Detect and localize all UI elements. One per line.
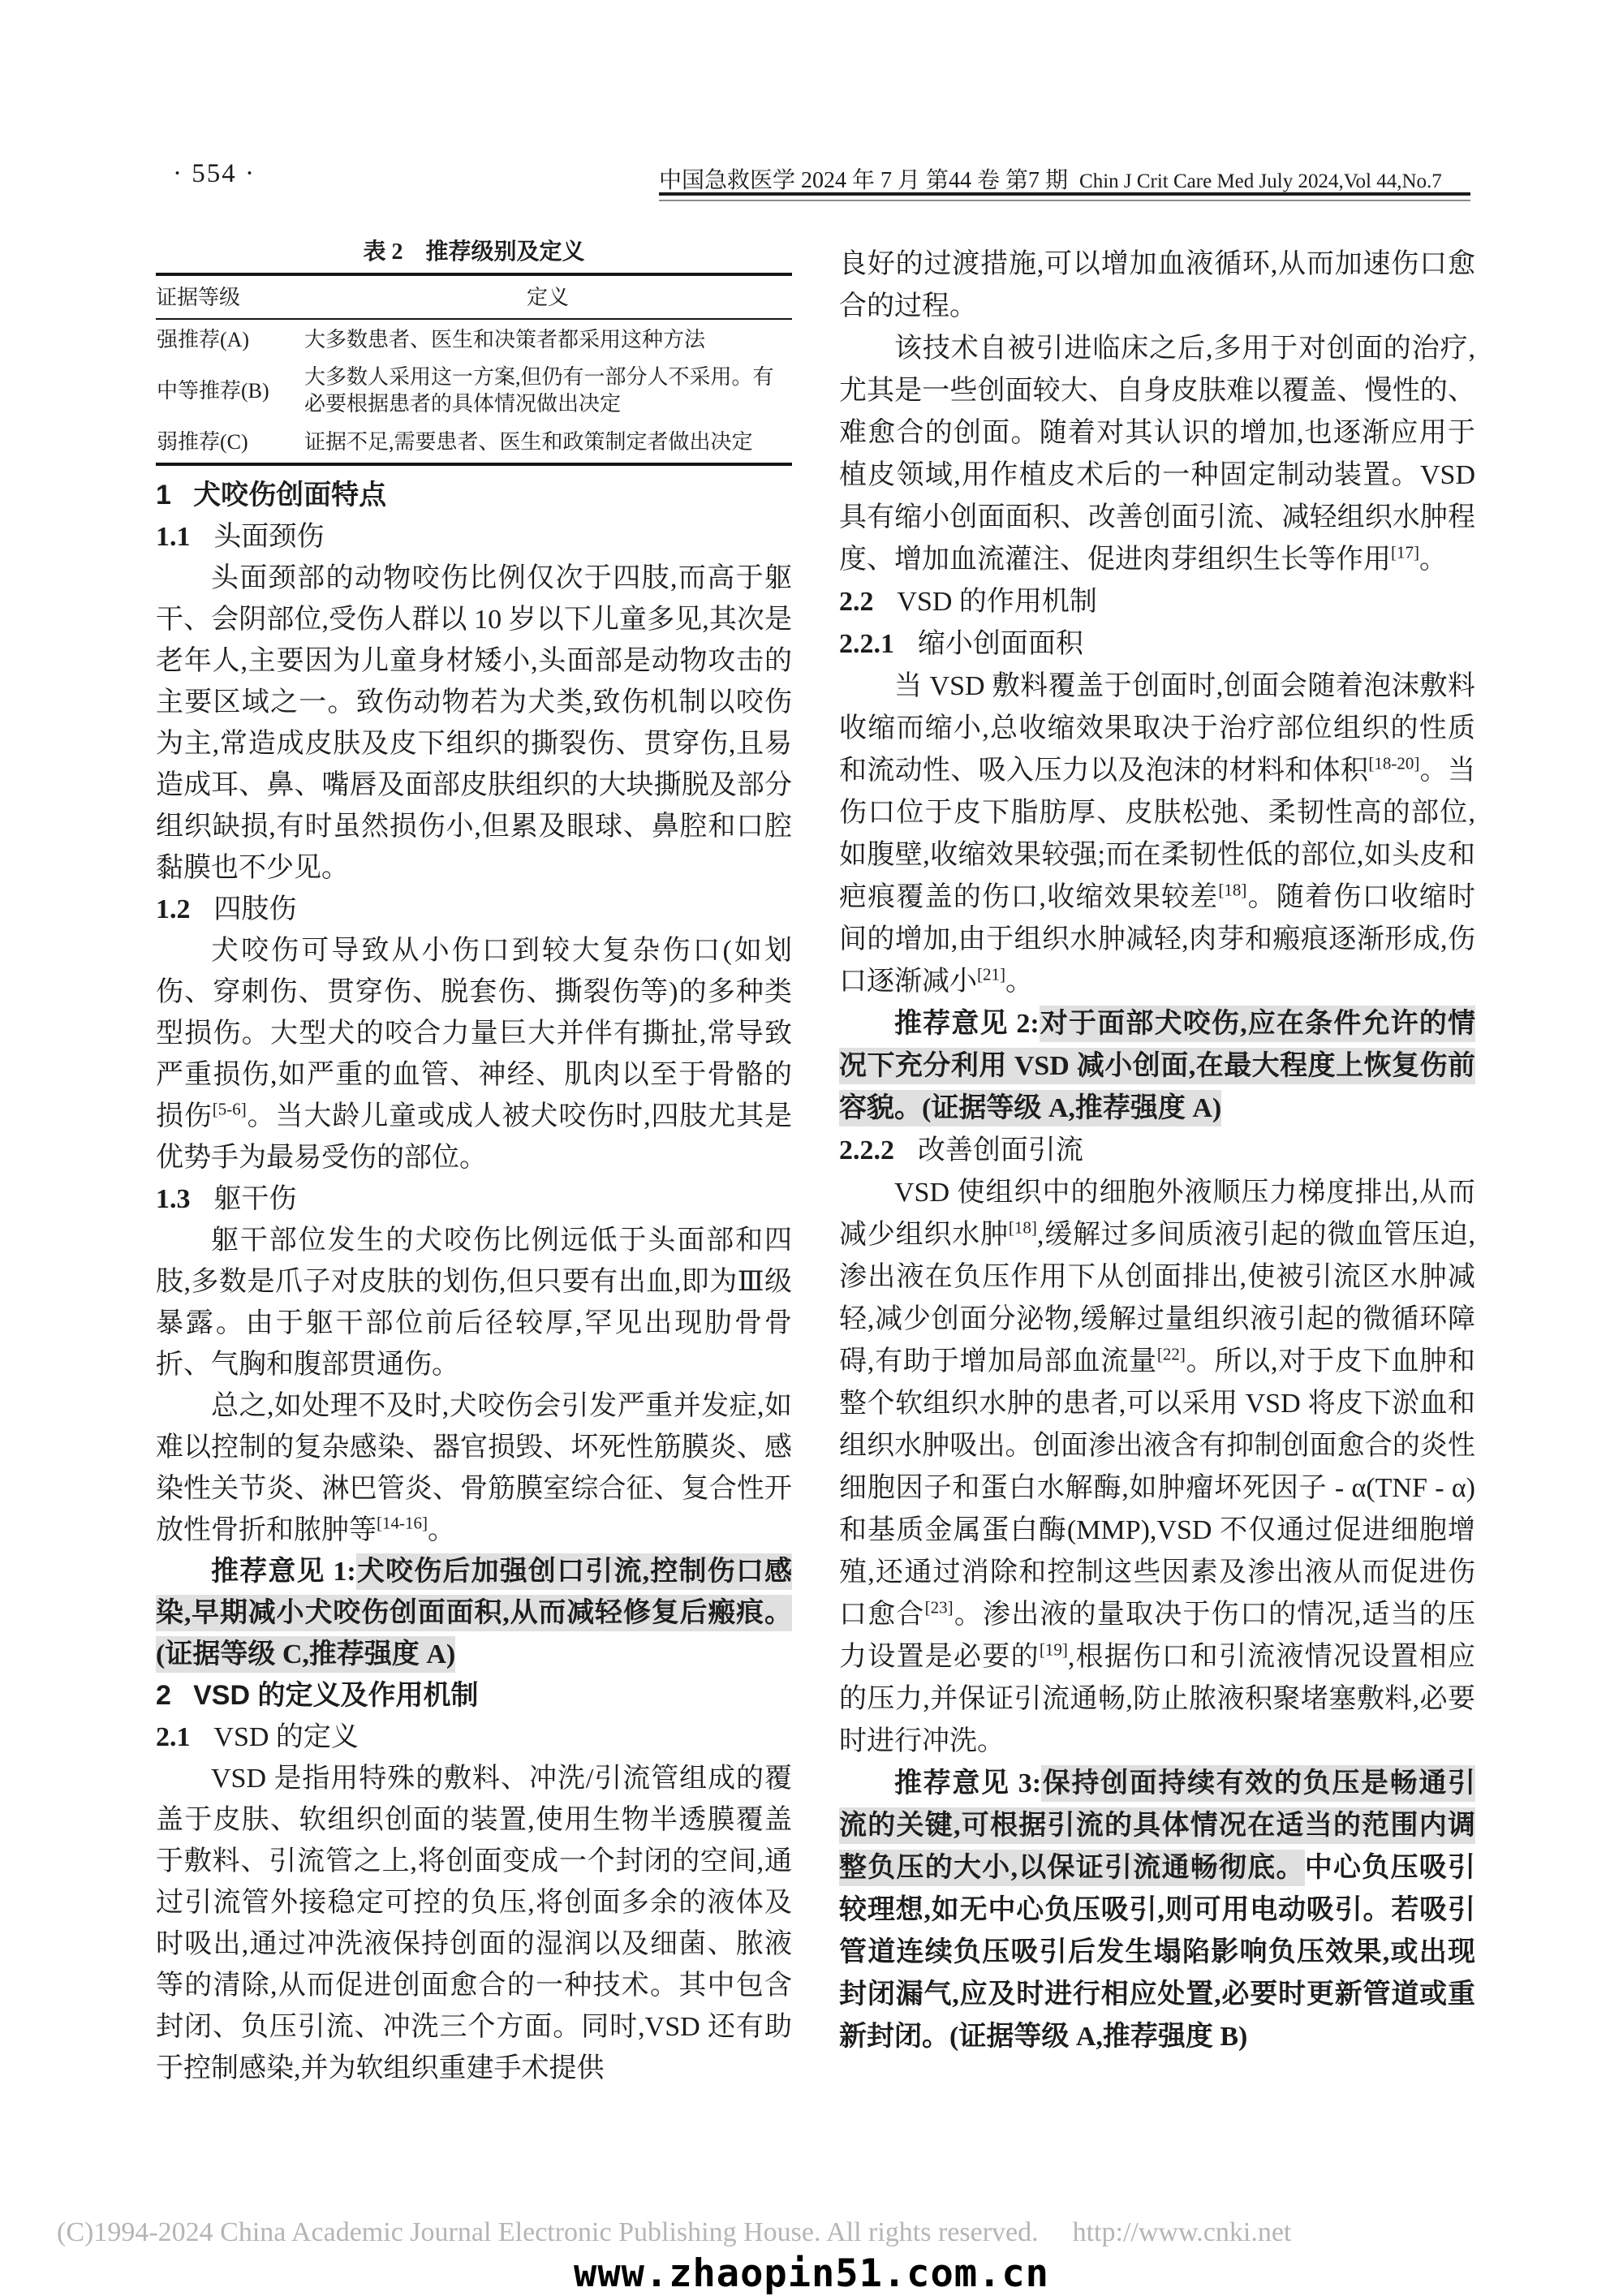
heading-title: 改善创面引流 bbox=[918, 1135, 1083, 1165]
section-heading: 1犬咬伤创面特点 bbox=[156, 475, 792, 516]
subsection-heading: 1.2四肢伤 bbox=[156, 889, 792, 930]
heading-title: 四肢伤 bbox=[213, 894, 296, 924]
table-header-row: 证据等级 定义 bbox=[156, 274, 792, 319]
subsection-heading: 1.1头面颈伤 bbox=[156, 516, 792, 558]
text-run: 推荐意见 1: bbox=[211, 1557, 356, 1587]
text-run: 。 bbox=[1005, 967, 1033, 997]
text-run: 。 bbox=[1419, 545, 1447, 575]
heading-number: 1 bbox=[156, 480, 171, 510]
heading-title: VSD 的定义及作用机制 bbox=[193, 1680, 478, 1711]
heading-title: 缩小创面面积 bbox=[918, 629, 1083, 659]
column-header-definition: 定义 bbox=[304, 274, 792, 319]
recommendation-paragraph: 推荐意见 3:保持创面持续有效的负压是畅通引流的关键,可根据引流的具体情况在适当… bbox=[839, 1763, 1475, 2058]
journal-title-en: Chin J Crit Care Med July 2024,Vol 44,No… bbox=[1079, 170, 1442, 192]
subsection-heading: 2.2.1缩小创面面积 bbox=[839, 623, 1475, 666]
reference-superscript: [18-20] bbox=[1368, 754, 1419, 773]
right-column: 良好的过渡措施,可以增加血液循环,从而加速伤口愈合的过程。该技术自被引进临床之后… bbox=[839, 243, 1475, 2058]
body-paragraph: 该技术自被引进临床之后,多用于对创面的治疗,尤其是一些创面较大、自身皮肤难以覆盖… bbox=[839, 328, 1475, 581]
body-paragraph: VSD 是指用特殊的敷料、冲洗/引流管组成的覆盖于皮肤、软组织创面的装置,使用生… bbox=[156, 1758, 792, 2089]
body-paragraph: 躯干部位发生的犬咬伤比例远低于头面部和四肢,多数是爪子对皮肤的划伤,但只要有出血… bbox=[156, 1220, 792, 1385]
table-2-block: 表 2 推荐级别及定义 证据等级 定义 强推荐(A) 大多数患者、医生和决策者都… bbox=[156, 237, 792, 466]
reference-superscript: [21] bbox=[977, 965, 1005, 984]
reference-superscript: [18] bbox=[1009, 1218, 1037, 1238]
heading-title: 躯干伤 bbox=[213, 1184, 296, 1214]
heading-number: 2 bbox=[156, 1680, 171, 1711]
table-title: 表 2 推荐级别及定义 bbox=[156, 237, 792, 273]
recommendation-paragraph: 推荐意见 2:对于面部犬咬伤,应在条件允许的情况下充分利用 VSD 减小创面,在… bbox=[839, 1003, 1475, 1130]
text-run: 。 bbox=[428, 1515, 455, 1545]
heading-number: 1.1 bbox=[156, 522, 191, 552]
body-paragraph: 犬咬伤可导致从小伤口到较大复杂伤口(如划伤、穿刺伤、贯穿伤、脱套伤、撕裂伤等)的… bbox=[156, 930, 792, 1178]
reference-superscript: [17] bbox=[1391, 543, 1419, 562]
left-column-text: 1犬咬伤创面特点1.1头面颈伤头面颈部的动物咬伤比例仅次于四肢,而高于躯干、会阴… bbox=[156, 475, 792, 2089]
body-paragraph: 总之,如处理不及时,犬咬伤会引发严重并发症,如难以控制的复杂感染、器官损毁、坏死… bbox=[156, 1385, 792, 1551]
cnki-url: http://www.cnki.net bbox=[1073, 2217, 1292, 2247]
reference-superscript: [5-6] bbox=[213, 1100, 247, 1119]
text-run: 推荐意见 2: bbox=[894, 1009, 1040, 1039]
subsection-heading: 2.2.2改善创面引流 bbox=[839, 1130, 1475, 1172]
reference-superscript: [19] bbox=[1040, 1640, 1068, 1660]
right-column-text: 良好的过渡措施,可以增加血液循环,从而加速伤口愈合的过程。该技术自被引进临床之后… bbox=[839, 243, 1475, 2058]
text-run: 头面颈部的动物咬伤比例仅次于四肢,而高于躯干、会阴部位,受伤人群以 10 岁以下… bbox=[156, 563, 792, 883]
text-run: VSD 是指用特殊的敷料、冲洗/引流管组成的覆盖于皮肤、软组织创面的装置,使用生… bbox=[156, 1764, 792, 2083]
heading-number: 1.2 bbox=[156, 894, 191, 924]
heading-title: VSD 的定义 bbox=[213, 1722, 359, 1752]
copyright-text: (C)1994-2024 China Academic Journal Elec… bbox=[57, 2217, 1039, 2247]
watermark-url: www.zhaopin51.com.cn bbox=[0, 2251, 1623, 2296]
scanned-paper-page: · 554 · 中国急救医学 2024 年 7 月 第44 卷 第7 期Chin… bbox=[0, 0, 1623, 2296]
recommendation-level-table: 证据等级 定义 强推荐(A) 大多数患者、医生和决策者都采用这种方法 中等推荐(… bbox=[156, 273, 792, 466]
text-run: 良好的过渡措施,可以增加血液循环,从而加速伤口愈合的过程。 bbox=[839, 249, 1475, 321]
definition-cell: 证据不足,需要患者、医生和政策制定者做出决定 bbox=[304, 422, 792, 464]
copyright-line: (C)1994-2024 China Academic Journal Elec… bbox=[57, 2217, 1599, 2248]
definition-cell: 大多数患者、医生和决策者都采用这种方法 bbox=[304, 319, 792, 359]
reference-superscript: [22] bbox=[1157, 1345, 1186, 1364]
reference-superscript: [23] bbox=[925, 1598, 954, 1618]
recommendation-paragraph: 推荐意见 1:犬咬伤后加强创口引流,控制伤口感染,早期减小犬咬伤创面面积,从而减… bbox=[156, 1551, 792, 1675]
subsection-heading: 2.1VSD 的定义 bbox=[156, 1717, 792, 1758]
heading-number: 2.2.1 bbox=[839, 629, 894, 659]
body-paragraph: 头面颈部的动物咬伤比例仅次于四肢,而高于躯干、会阴部位,受伤人群以 10 岁以下… bbox=[156, 558, 792, 889]
subsection-heading: 2.2VSD 的作用机制 bbox=[839, 581, 1475, 623]
body-paragraph: 当 VSD 敷料覆盖于创面时,创面会随着泡沫敷料收缩而缩小,总收缩效果取决于治疗… bbox=[839, 666, 1475, 1003]
header-rule bbox=[659, 192, 1470, 201]
evidence-level-cell: 中等推荐(B) bbox=[156, 359, 304, 422]
section-heading: 2VSD 的定义及作用机制 bbox=[156, 1675, 792, 1717]
text-run: 。当大龄儿童或成人被犬咬伤时,四肢尤其是优势手为最易受伤的部位。 bbox=[156, 1101, 792, 1173]
evidence-level-cell: 弱推荐(C) bbox=[156, 422, 304, 464]
text-run: 推荐意见 3: bbox=[894, 1768, 1041, 1798]
heading-title: 头面颈伤 bbox=[213, 522, 324, 552]
heading-number: 1.3 bbox=[156, 1184, 191, 1214]
heading-number: 2.2 bbox=[839, 587, 874, 617]
table-row: 强推荐(A) 大多数患者、医生和决策者都采用这种方法 bbox=[156, 319, 792, 359]
heading-title: VSD 的作用机制 bbox=[897, 587, 1097, 617]
heading-number: 2.1 bbox=[156, 1722, 191, 1752]
journal-title-cn: 中国急救医学 2024 年 7 月 第44 卷 第7 期 bbox=[659, 168, 1068, 193]
column-header-evidence-level: 证据等级 bbox=[156, 274, 304, 319]
text-run: 躯干部位发生的犬咬伤比例远低于头面部和四肢,多数是爪子对皮肤的划伤,但只要有出血… bbox=[156, 1226, 792, 1380]
body-paragraph: 良好的过渡措施,可以增加血液循环,从而加速伤口愈合的过程。 bbox=[839, 243, 1475, 328]
table-row: 中等推荐(B) 大多数人采用这一方案,但仍有一部分人不采用。有必要根据患者的具体… bbox=[156, 359, 792, 422]
text-run: 。所以,对于皮下血肿和整个软组织水肿的患者,可以采用 VSD 将皮下淤血和组织水… bbox=[839, 1346, 1475, 1630]
subsection-heading: 1.3躯干伤 bbox=[156, 1178, 792, 1220]
heading-title: 犬咬伤创面特点 bbox=[193, 480, 386, 510]
reference-superscript: [14-16] bbox=[377, 1514, 428, 1533]
reference-superscript: [18] bbox=[1218, 881, 1246, 900]
evidence-level-cell: 强推荐(A) bbox=[156, 319, 304, 359]
heading-number: 2.2.2 bbox=[839, 1135, 894, 1165]
definition-cell: 大多数人采用这一方案,但仍有一部分人不采用。有必要根据患者的具体情况做出决定 bbox=[304, 359, 792, 422]
text-run: 该技术自被引进临床之后,多用于对创面的治疗,尤其是一些创面较大、自身皮肤难以覆盖… bbox=[839, 334, 1475, 575]
body-paragraph: VSD 使组织中的细胞外液顺压力梯度排出,从而减少组织水肿[18],缓解过多间质… bbox=[839, 1172, 1475, 1763]
journal-header: 中国急救医学 2024 年 7 月 第44 卷 第7 期Chin J Crit … bbox=[659, 162, 1474, 195]
page-number: · 554 · bbox=[173, 159, 256, 189]
text-run: 总之,如处理不及时,犬咬伤会引发严重并发症,如难以控制的复杂感染、器官损毁、坏死… bbox=[156, 1391, 792, 1545]
table-row: 弱推荐(C) 证据不足,需要患者、医生和政策制定者做出决定 bbox=[156, 422, 792, 464]
